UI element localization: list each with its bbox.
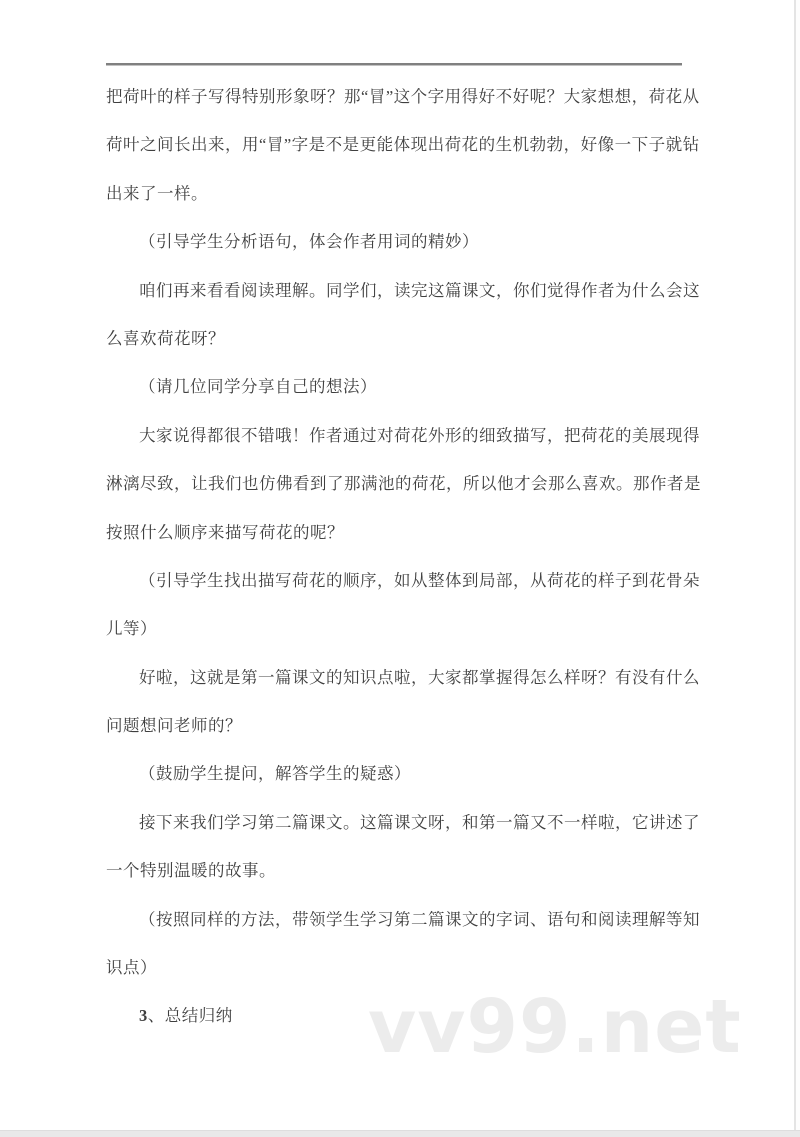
text-line: 一个特别温暖的故事。 <box>106 847 684 895</box>
section-number: 3 <box>139 1006 148 1025</box>
text-line: 3、总结归纳 <box>106 992 684 1040</box>
text-line: 识点） <box>106 944 684 992</box>
text-line: 大家说得都很不错哦！作者通过对荷花外形的细致描写，把荷花的美展现得 <box>106 412 684 460</box>
text-line: （按照同样的方法，带领学生学习第二篇课文的字词、语句和阅读理解等知 <box>106 896 684 944</box>
text-line: 荷叶之间长出来，用“冒”字是不是更能体现出荷花的生机勃勃，好像一下子就钻 <box>106 121 684 169</box>
text-line: 儿等） <box>106 605 684 653</box>
text-line: 接下来我们学习第二篇课文。这篇课文呀，和第一篇又不一样啦，它讲述了 <box>106 799 684 847</box>
document-page: 把荷叶的样子写得特别形象呀？那“冒”这个字用得好不好呢？大家想想，荷花从荷叶之间… <box>0 0 800 1137</box>
text-line: （鼓励学生提问，解答学生的疑惑） <box>106 750 684 798</box>
document-content: 把荷叶的样子写得特别形象呀？那“冒”这个字用得好不好呢？大家想想，荷花从荷叶之间… <box>106 73 684 1041</box>
text-line: 淋漓尽致，让我们也仿佛看到了那满池的荷花，所以他才会那么喜欢。那作者是 <box>106 460 684 508</box>
text-line: 按照什么顺序来描写荷花的呢？ <box>106 509 684 557</box>
text-line: 把荷叶的样子写得特别形象呀？那“冒”这个字用得好不好呢？大家想想，荷花从 <box>106 73 684 121</box>
header-divider-rule <box>106 63 682 66</box>
text-line: （请几位同学分享自己的想法） <box>106 363 684 411</box>
page-right-gutter <box>796 0 800 1131</box>
text-line: 好啦，这就是第一篇课文的知识点啦，大家都掌握得怎么样呀？有没有什么 <box>106 654 684 702</box>
text-line: 么喜欢荷花呀？ <box>106 315 684 363</box>
text-line: 出来了一样。 <box>106 170 684 218</box>
text-line: 问题想问老师的？ <box>106 702 684 750</box>
text-line: （引导学生找出描写荷花的顺序，如从整体到局部，从荷花的样子到花骨朵 <box>106 557 684 605</box>
page-bottom-gap <box>0 1130 800 1137</box>
text-line: （引导学生分析语句，体会作者用词的精妙） <box>106 218 684 266</box>
text-line: 咱们再来看看阅读理解。同学们，读完这篇课文，你们觉得作者为什么会这 <box>106 267 684 315</box>
